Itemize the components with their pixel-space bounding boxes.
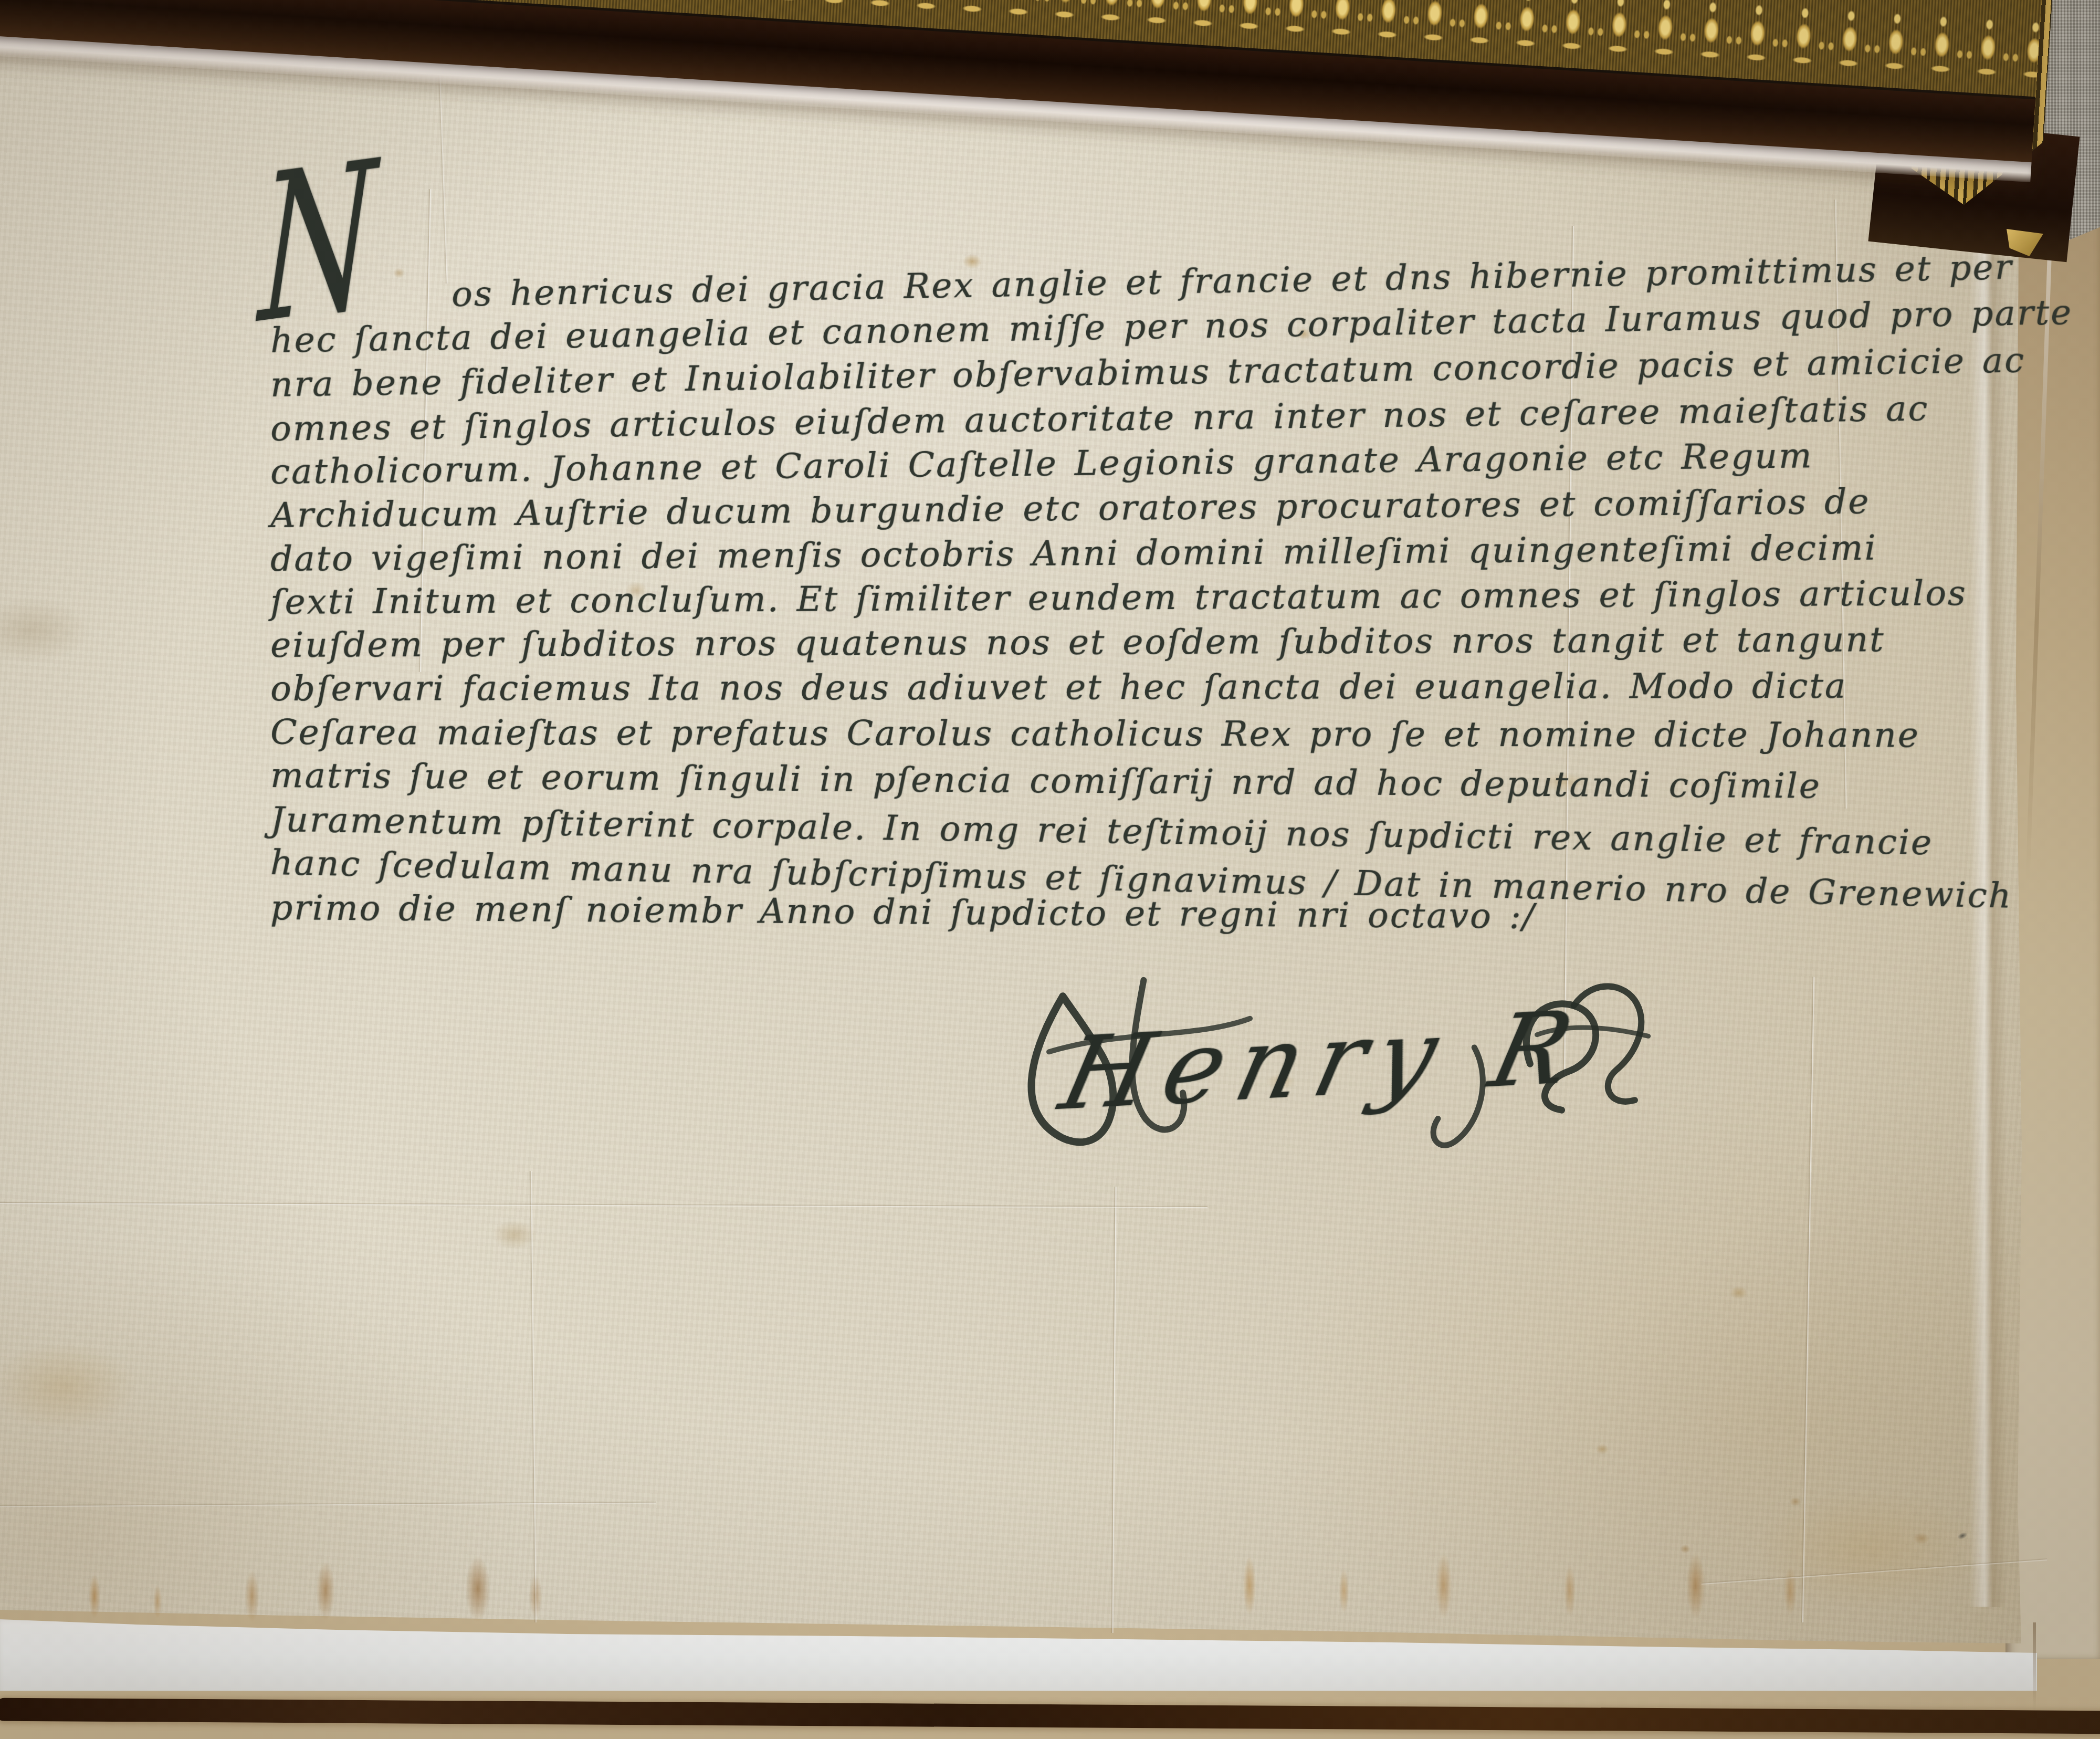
under-pages-edge [2005,210,2100,1659]
rust-stains-bottom-left [31,1538,609,1628]
board-seam [2033,1622,2036,1712]
text-line: eiuſdem per ſubditos nros quatenus nos e… [270,619,1885,665]
text-line: obſervari faciemus Ita nos deus adiuvet … [270,666,1847,709]
royal-signature: Henry R [983,944,1663,1209]
manuscript-photo-scene: N os henricus dei gracia Rex anglie et f… [0,0,2100,1739]
text-line: Ceſarea maieſtas et prefatus Carolus cat… [270,712,1920,755]
